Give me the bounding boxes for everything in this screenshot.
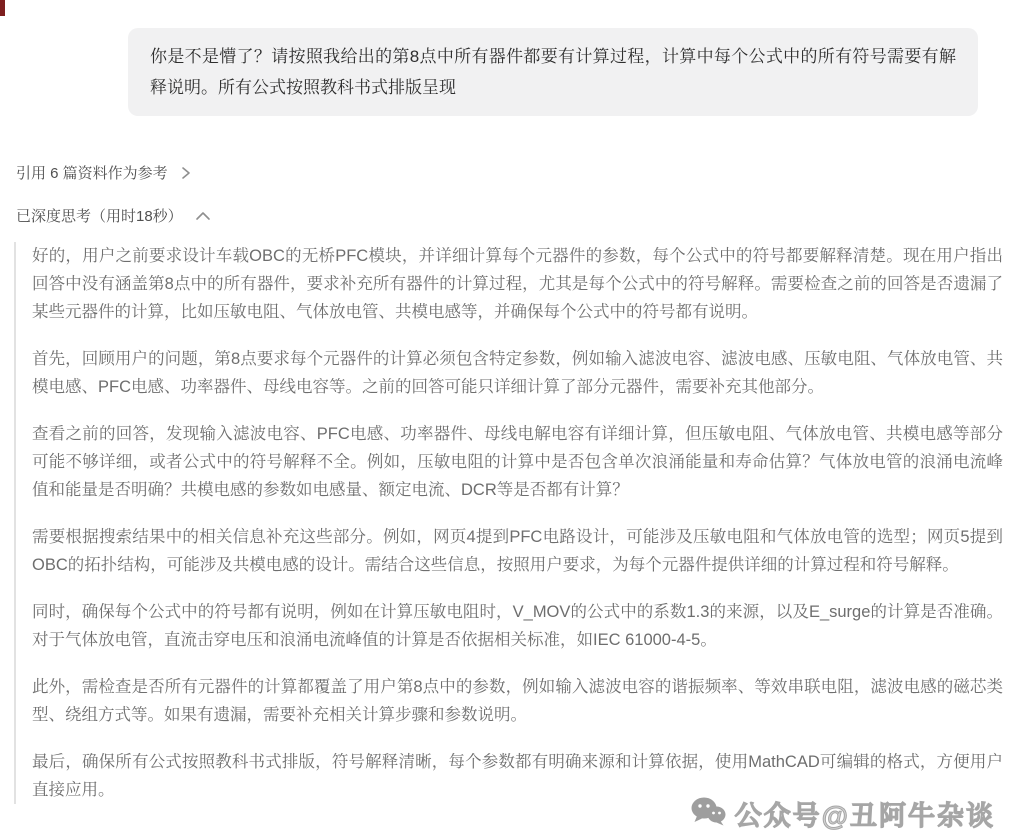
user-message-bubble: 你是不是懵了？请按照我给出的第8点中所有器件都要有计算过程，计算中每个公式中的所… (128, 28, 978, 116)
chevron-right-icon (180, 166, 192, 180)
thinking-paragraph: 需要根据搜索结果中的相关信息补充这些部分。例如，网页4提到PFC电路设计，可能涉… (32, 523, 1003, 579)
thinking-block: 好的，用户之前要求设计车载OBC的无桥PFC模块，并详细计算每个元器件的参数，每… (14, 242, 1011, 804)
thinking-paragraph: 好的，用户之前要求设计车载OBC的无桥PFC模块，并详细计算每个元器件的参数，每… (32, 242, 1003, 326)
deep-thought-label: 已深度思考（用时18秒） (16, 205, 183, 226)
thinking-paragraph: 此外，需检查是否所有元器件的计算都覆盖了用户第8点中的参数，例如输入滤波电容的谐… (32, 673, 1003, 729)
thinking-paragraph: 查看之前的回答，发现输入滤波电容、PFC电感、功率器件、母线电解电容有详细计算，… (32, 420, 1003, 504)
chevron-up-icon (195, 211, 211, 221)
thinking-paragraph: 同时，确保每个公式中的符号都有说明，例如在计算压敏电阻时，V_MOV的公式中的系… (32, 598, 1003, 654)
deep-thought-toggle[interactable]: 已深度思考（用时18秒） (16, 205, 211, 226)
thinking-paragraph: 首先，回顾用户的问题，第8点要求每个元器件的计算必须包含特定参数，例如输入滤波电… (32, 345, 1003, 401)
references-label: 引用 6 篇资料作为参考 (16, 162, 168, 183)
thinking-paragraph: 最后，确保所有公式按照教科书式排版，符号解释清晰，每个参数都有明确来源和计算依据… (32, 748, 1003, 804)
corner-red-mark (0, 0, 5, 16)
user-message-row: 你是不是懵了？请按照我给出的第8点中所有器件都要有计算过程，计算中每个公式中的所… (0, 0, 1011, 116)
references-toggle[interactable]: 引用 6 篇资料作为参考 (16, 162, 192, 183)
